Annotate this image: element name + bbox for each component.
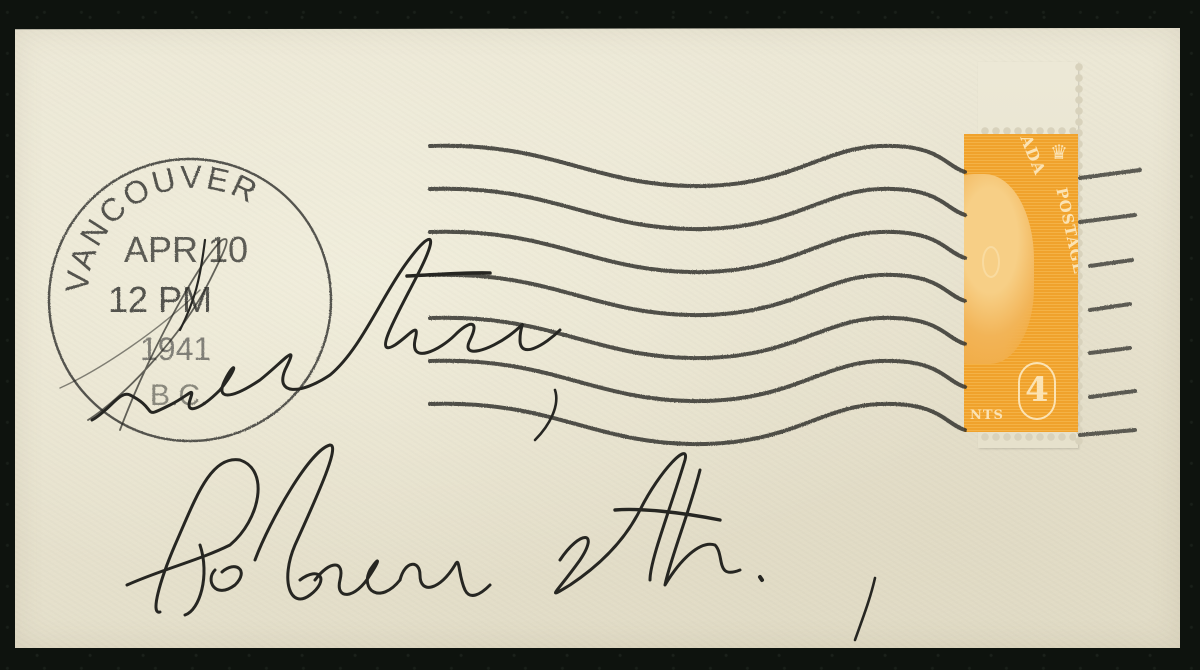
cancel-line [430,275,965,315]
cancel-line [430,361,965,401]
postmark-city: VANCOUVER [58,159,265,294]
cancel-line [430,404,965,444]
ink-layer: VANCOUVER APR 10 12 PM 1941 B.C. [0,0,1200,670]
cancel-line [430,189,965,229]
postmark-date: APR 10 [124,229,248,270]
cancel-line [430,318,965,358]
cancel-dashes-right [1080,170,1140,435]
handwritten-address-line-2 [127,445,875,640]
cancel-line [430,232,965,272]
cancel-line [430,146,965,186]
postmark-year: 1941 [140,331,211,367]
svg-text:VANCOUVER: VANCOUVER [58,159,265,294]
wavy-cancel-lines [430,146,965,444]
